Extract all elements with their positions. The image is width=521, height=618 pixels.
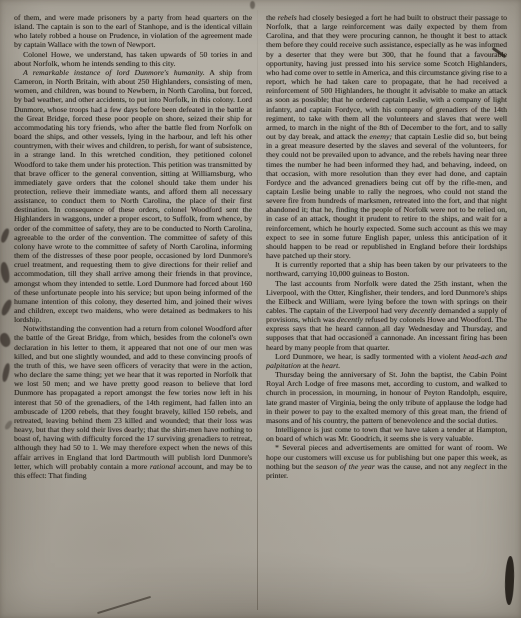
paragraph: Lord Dunmore, we hear, is sadly tormente…	[266, 352, 507, 370]
paragraph: Intelligence is just come to town that w…	[266, 425, 507, 443]
column-divider-rule	[257, 10, 258, 610]
paragraph: The last accounts from Norfolk were date…	[266, 279, 507, 352]
newspaper-page: of them, and were made prisoners by a pa…	[0, 0, 521, 618]
margin-ink-scribble	[0, 298, 13, 316]
margin-ink-scribble	[0, 261, 11, 283]
margin-ink-scribble	[4, 419, 13, 430]
margin-ink-scribble	[1, 363, 10, 383]
margin-ink-scribble	[0, 332, 12, 349]
paragraph: Notwithstanding the convention had a ret…	[14, 324, 252, 480]
text-column-left: of them, and were made prisoners by a pa…	[14, 13, 252, 480]
paragraph: It is currently reported that a ship has…	[266, 260, 507, 278]
paragraph: of them, and were made prisoners by a pa…	[14, 13, 252, 50]
ink-stroke-mark	[504, 556, 516, 605]
paragraph: Thursday being the anniversary of St. Jo…	[266, 370, 507, 425]
paragraph: the rebels had closely besieged a fort h…	[266, 13, 507, 260]
margin-ink-scribble	[0, 227, 10, 243]
paragraph: Colonel Howe, we understand, has taken u…	[14, 50, 252, 68]
scratch-mark	[97, 596, 151, 614]
text-column-right: the rebels had closely besieged a fort h…	[266, 13, 507, 480]
paragraph: * Several pieces and advertisements are …	[266, 443, 507, 480]
ink-blob-mark	[250, 1, 255, 9]
paragraph: A remarkable instance of lord Dunmore's …	[14, 68, 252, 324]
